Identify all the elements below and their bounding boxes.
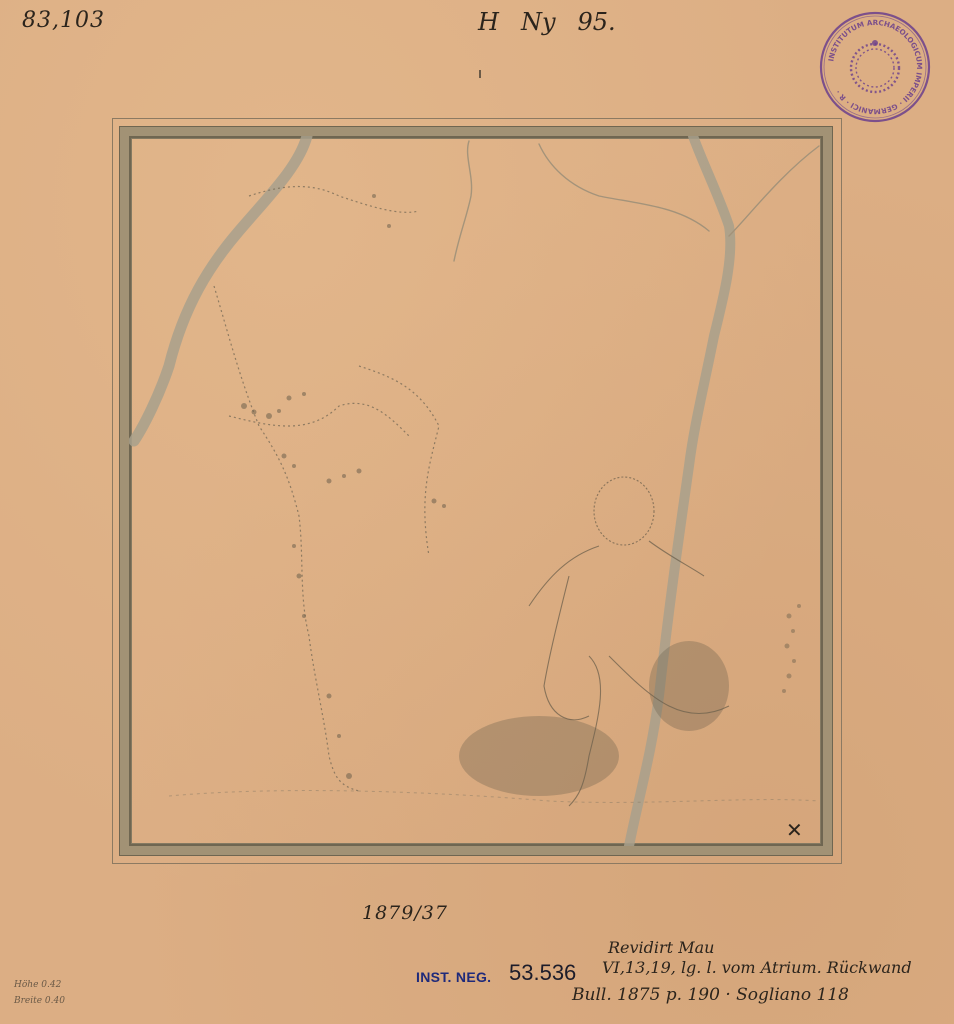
header-reference: HNy95. [478, 8, 638, 36]
wall-painting-sketch [129, 136, 823, 846]
standing-figure [214, 187, 439, 791]
corner-cross-mark: ✕ [786, 818, 803, 842]
inst-neg-label: INST. NEG. [416, 969, 491, 985]
institute-stamp-icon: INSTITUTUM ARCHAEOLOGICUM IMPERII · GERM… [818, 10, 932, 124]
header-letter: H [478, 8, 499, 36]
measurement-height: Höhe 0.42 [14, 980, 61, 990]
pencil-tick-mark [479, 70, 481, 78]
ground-shading [169, 791, 819, 803]
standing-figure-shading [241, 194, 446, 779]
note-location: VI,13,19, lg. l. vom Atrium. Rückwand [602, 958, 912, 977]
year-note: 1879/37 [362, 902, 448, 924]
catalog-number: 83,103 [22, 8, 105, 33]
measurement-width: Breite 0.40 [14, 996, 65, 1006]
rock-seat-shading [459, 641, 729, 796]
note-revision: Revidirt Mau [608, 938, 714, 957]
note-bibliography: Bull. 1875 p. 190 · Sogliano 118 [572, 985, 849, 1005]
header-abbrev: Ny [521, 8, 556, 36]
header-number: 95. [578, 8, 616, 36]
negative-number: 53.536 [509, 960, 576, 986]
right-foliage [782, 604, 801, 693]
archival-drawing-sheet: 83,103 HNy95. INSTITUTUM ARCHAEOLOGICUM … [0, 0, 954, 1024]
svg-text:INSTITUTUM ARCHAEOLOGICUM IMPE: INSTITUTUM ARCHAEOLOGICUM IMPERII · GERM… [826, 18, 924, 116]
